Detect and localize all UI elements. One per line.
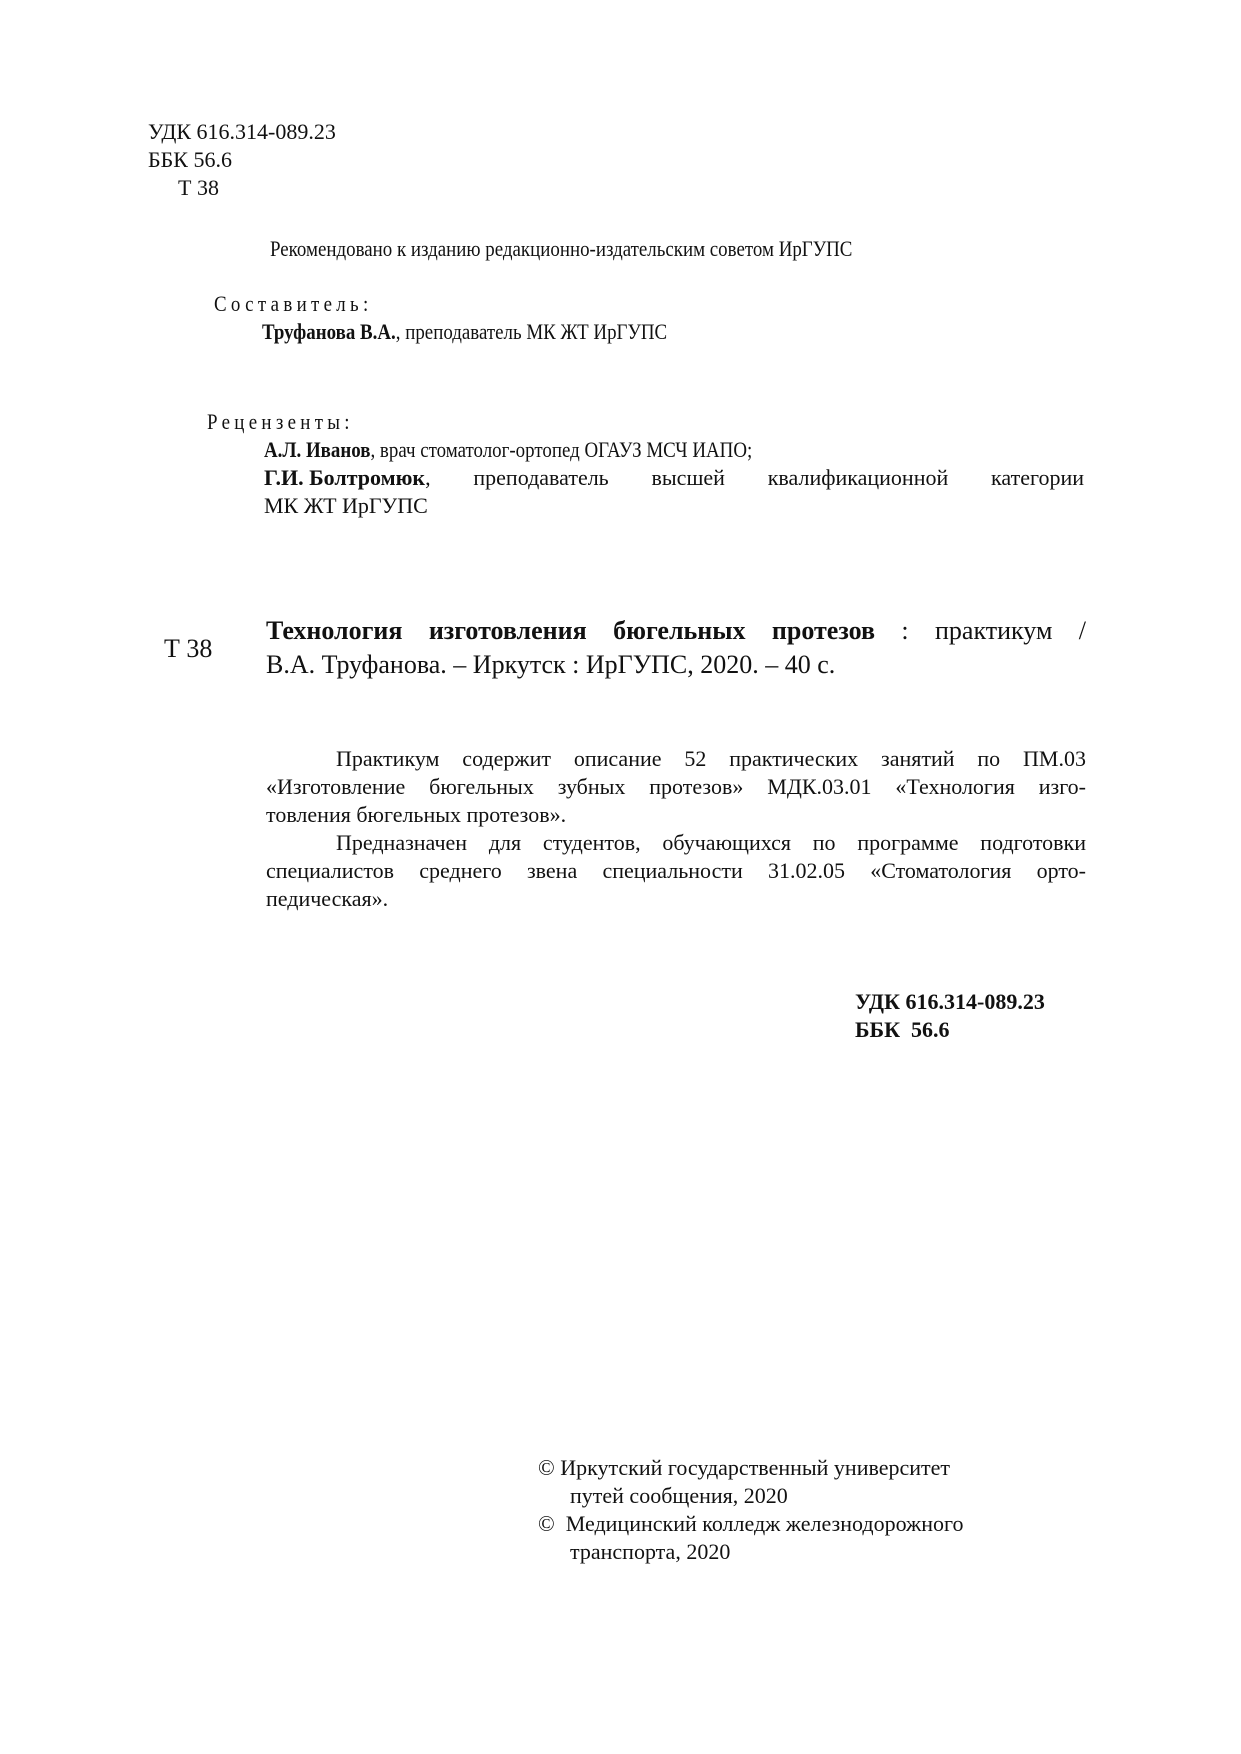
- entry-author-mark: Т 38: [164, 632, 212, 666]
- book-title: Технология изготовления бюгельных протез…: [266, 616, 875, 645]
- annotation: Практикум содержит описание 52 практичес…: [266, 745, 1086, 913]
- copyright-1-line1: © Иркутский государственный университет: [538, 1454, 963, 1482]
- reviewer-1-position: , врач стоматолог-ортопед ОГАУЗ МСЧ ИАПО…: [370, 437, 752, 462]
- book-type: : практикум /: [875, 616, 1086, 645]
- compiler-entry: Труфанова В.А., преподаватель МК ЖТ ИрГУ…: [262, 318, 667, 346]
- annotation-p1-line2: «Изготовление бюгельных зубных протезов»…: [266, 773, 1086, 801]
- annotation-p2-line3: педическая».: [266, 885, 1086, 913]
- copyright-block: © Иркутский государственный университет …: [538, 1454, 963, 1566]
- annotation-p1-line1: Практикум содержит описание 52 практичес…: [266, 745, 1086, 773]
- compiler-label: Составитель:: [214, 290, 373, 318]
- annotation-p2-line1: Предназначен для студентов, обучающихся …: [266, 829, 1086, 857]
- reviewer-1-name: А.Л. Иванов: [264, 437, 370, 462]
- reviewer-2-name: Г.И. Болтромюк: [264, 464, 425, 492]
- copyright-1-line2: путей сообщения, 2020: [538, 1482, 963, 1510]
- reviewer-2-line2: МК ЖТ ИрГУПС: [264, 492, 1084, 520]
- entry-line-2: В.А. Труфанова. – Иркутск : ИрГУПС, 2020…: [266, 648, 1086, 682]
- bbk-code-bold: ББК 56.6: [855, 1016, 950, 1044]
- reviewer-2: Г.И. Болтромюк , преподаватель высшей кв…: [264, 464, 1084, 520]
- annotation-p2-line2: специалистов среднего звена специальност…: [266, 857, 1086, 885]
- reviewer-2-position: , преподаватель высшей квалификационной …: [425, 464, 1084, 492]
- author-mark: Т 38: [178, 174, 219, 202]
- reviewer-1: А.Л. Иванов, врач стоматолог-ортопед ОГА…: [264, 436, 752, 464]
- reviewers-label: Рецензенты:: [207, 408, 354, 436]
- annotation-p1-line3: товления бюгельных протезов».: [266, 801, 1086, 829]
- bbk-code: ББК 56.6: [148, 146, 232, 174]
- compiler-position: , преподаватель МК ЖТ ИрГУПС: [396, 319, 667, 344]
- udk-code-bold: УДК 616.314-089.23: [855, 988, 1045, 1016]
- recommendation-text: Рекомендовано к изданию редакционно-изда…: [270, 235, 852, 263]
- bibliographic-entry: Технология изготовления бюгельных протез…: [266, 614, 1086, 682]
- copyright-2-line2: транспорта, 2020: [538, 1538, 963, 1566]
- reviewer-2-line1: Г.И. Болтромюк , преподаватель высшей кв…: [264, 464, 1084, 492]
- compiler-name: Труфанова В.А.: [262, 319, 396, 344]
- entry-line-1: Технология изготовления бюгельных протез…: [266, 614, 1086, 648]
- udk-code: УДК 616.314-089.23: [148, 118, 336, 146]
- copyright-2-line1: © Медицинский колледж железнодорожного: [538, 1510, 963, 1538]
